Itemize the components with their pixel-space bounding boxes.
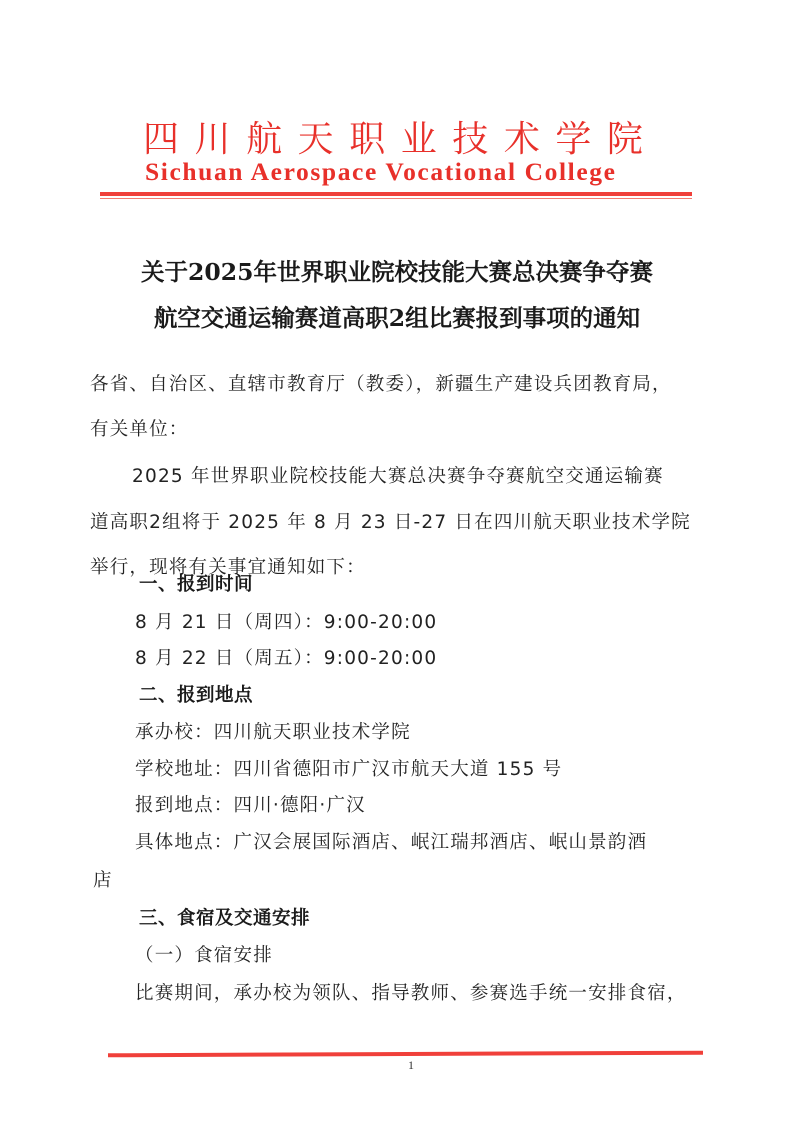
letterhead-char: 学 [555,118,591,162]
document-page: 四 川 航 天 职 业 技 术 学 院 Sichuan Aerospace Vo… [0,0,794,1122]
letterhead-english-name: Sichuan Aerospace Vocational College [145,157,642,187]
letterhead-char: 四 [143,118,179,162]
footer-red-rule [108,1051,703,1058]
letterhead-char: 职 [349,118,385,162]
intro-line-1: 2025 年世界职业院校技能大赛总决赛争夺赛航空交通运输赛 [132,464,664,490]
checkin-place: 报到地点：四川·德阳·广汉 [135,793,366,819]
section-heading-lodging-transport: 三、食宿及交通安排 [139,906,310,932]
salutation-line-1: 各省、自治区、直辖市教育厅（教委），新疆生产建设兵团教育局， [90,372,672,398]
checkin-time-1: 8 月 21 日（周四）：9:00-20:00 [135,610,437,636]
header-red-rule-thin [100,198,692,199]
school-address: 学校地址：四川省德阳市广汉市航天大道 155 号 [135,757,562,783]
document-title-line-2: 航空交通运输赛道高职2组比赛报到事项的通知 [0,303,794,333]
subsection-heading-lodging: （一）食宿安排 [135,943,273,969]
page-number: 1 [408,1058,414,1073]
letterhead-char: 院 [607,118,643,162]
document-title-line-1: 关于2025年世界职业院校技能大赛总决赛争夺赛 [0,257,794,287]
venue-line-1: 具体地点：广汉会展国际酒店、岷江瑞邦酒店、岷山景韵酒 [135,830,647,856]
section-heading-checkin-location: 二、报到地点 [139,683,253,709]
venue-line-2: 店 [93,868,113,894]
host-school: 承办校：四川航天职业技术学院 [135,720,411,746]
section-heading-checkin-time: 一、报到时间 [139,572,253,598]
letterhead-char: 技 [452,118,488,162]
lodging-line-1: 比赛期间，承办校为领队、指导教师、参赛选手统一安排食宿， [135,981,687,1007]
letterhead-char: 业 [401,118,437,162]
checkin-time-2: 8 月 22 日（周五）：9:00-20:00 [135,646,437,672]
letterhead-char: 术 [504,118,540,162]
letterhead-char: 天 [298,118,334,162]
letterhead-char: 川 [195,118,231,162]
intro-line-2: 道高职2组将于 2025 年 8 月 23 日-27 日在四川航天职业技术学院 [90,510,691,536]
letterhead-char: 航 [246,118,282,162]
salutation-line-2: 有关单位： [90,417,189,443]
letterhead-chinese-name: 四 川 航 天 职 业 技 术 学 院 [143,118,643,162]
header-red-rule [100,192,692,196]
